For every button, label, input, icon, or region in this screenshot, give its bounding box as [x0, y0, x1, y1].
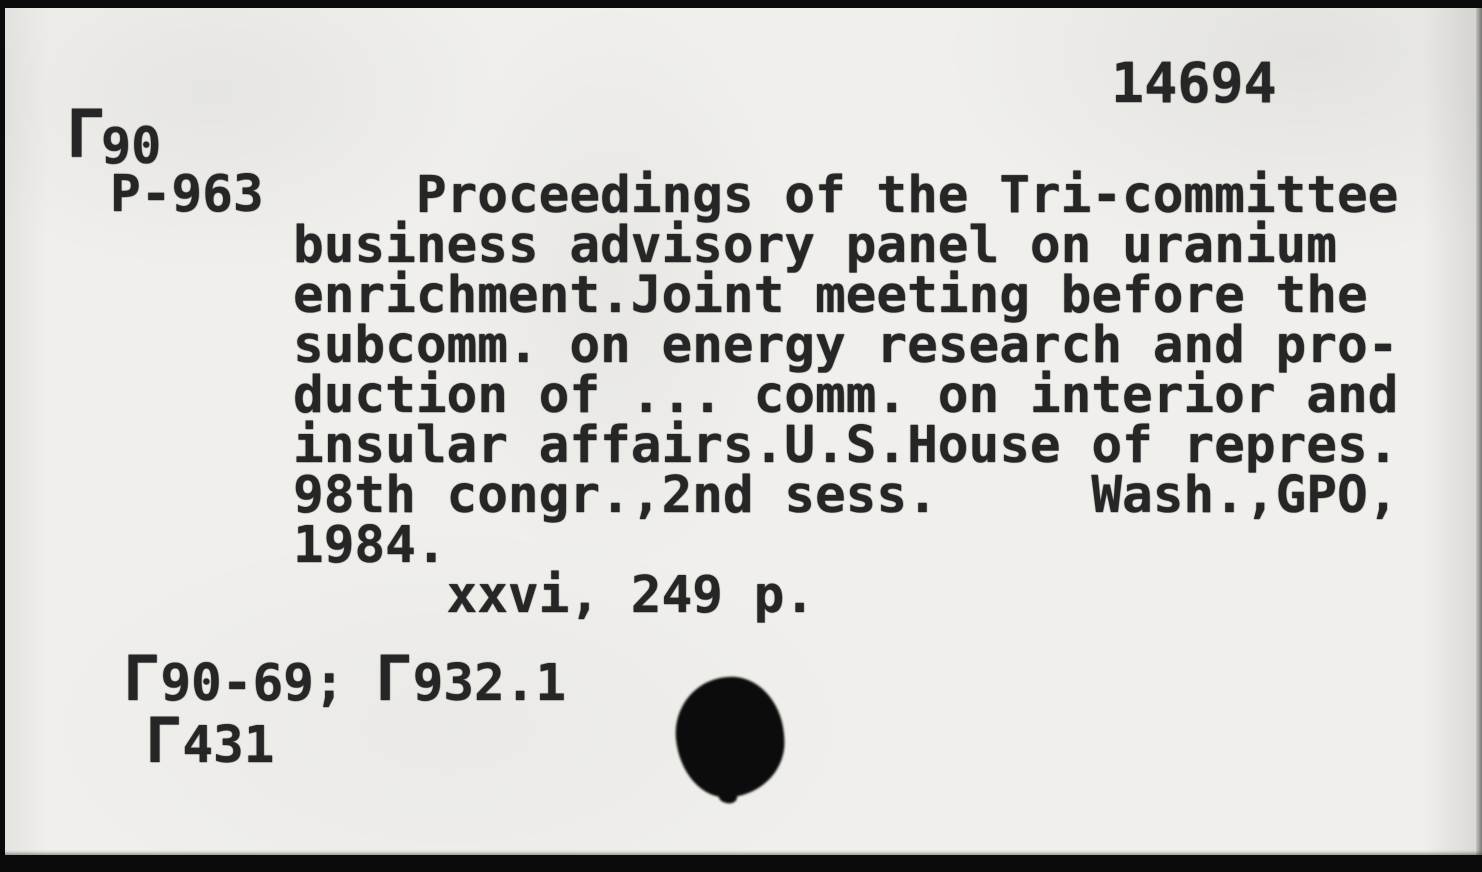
gamma-letter: Γ — [145, 704, 182, 777]
text-line: subcomm. on energy research and pro- — [293, 321, 1398, 371]
text-line: Proceedings of the Tri-committee — [293, 171, 1398, 221]
scanned-catalog-card: 14694 Γ 90 P-963 Proceedings of the Tri-… — [0, 0, 1482, 872]
gamma-letter: Γ — [375, 642, 412, 715]
call-number-prefix-number: 90 — [101, 121, 161, 171]
call-number-text: 90-69; — [160, 654, 375, 713]
text-line: insular affairs.U.S.House of repres. — [293, 421, 1398, 471]
scan-border-left — [0, 0, 5, 860]
scan-border-bottom — [0, 855, 1482, 872]
text-line: duction of ... comm. on interior and — [293, 371, 1398, 421]
bottom-call-number-line1: Γ90-69; Γ932.1 — [123, 654, 566, 709]
call-number-gamma-letter: Γ — [66, 102, 106, 168]
text-line: enrichment.Joint meeting before the — [293, 271, 1398, 321]
card-right-edge-shadow — [1476, 8, 1482, 855]
text-line: xxvi, 249 p. — [293, 571, 1398, 621]
accession-number: 14694 — [1111, 56, 1277, 111]
scan-border-top — [0, 0, 1482, 8]
shelf-mark: P-963 — [110, 169, 264, 220]
text-line: business advisory panel on uranium — [293, 221, 1398, 271]
text-line: 98th congr.,2nd sess. Wash.,GPO, — [293, 471, 1398, 521]
call-number-text: 932.1 — [413, 654, 567, 713]
bottom-call-number-line2: Γ431 — [145, 716, 274, 771]
call-number-text: 431 — [182, 716, 274, 775]
card-body-text: Proceedings of the Tri-committeebusiness… — [293, 171, 1398, 621]
text-line: 1984. — [293, 521, 1398, 571]
